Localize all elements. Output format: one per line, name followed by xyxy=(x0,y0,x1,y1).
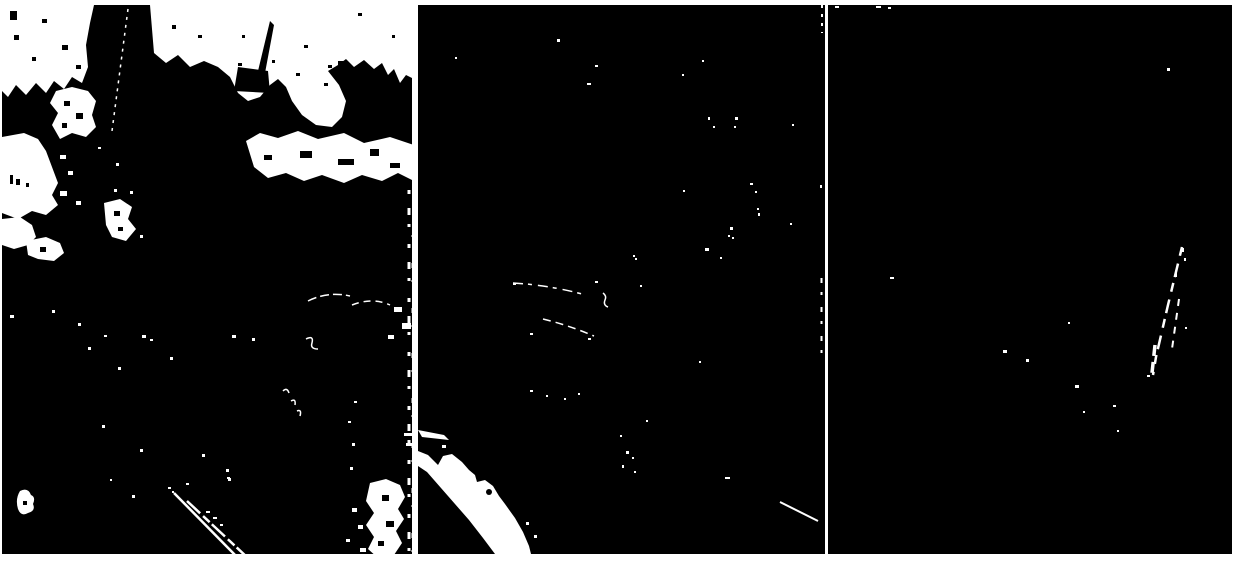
speck xyxy=(534,535,537,538)
speck xyxy=(634,471,636,473)
speck xyxy=(110,479,112,481)
speck xyxy=(633,255,635,257)
speck xyxy=(168,487,171,489)
speck xyxy=(564,398,566,400)
speck xyxy=(1167,68,1170,71)
speck xyxy=(514,543,517,545)
speck xyxy=(358,525,363,529)
speck xyxy=(52,310,55,313)
speck xyxy=(635,258,637,260)
speck xyxy=(578,393,580,395)
speck xyxy=(104,335,107,337)
speck xyxy=(683,190,685,192)
speck xyxy=(102,425,105,428)
speck xyxy=(455,57,457,59)
binary-panel-right-canvas xyxy=(828,5,1232,554)
speck xyxy=(713,126,715,128)
speck xyxy=(232,335,236,338)
speck xyxy=(118,367,121,370)
speck xyxy=(705,248,709,251)
speck xyxy=(890,277,894,279)
speck xyxy=(172,491,174,493)
panel-background xyxy=(418,5,825,554)
speck xyxy=(790,223,792,225)
panel-background xyxy=(828,5,1232,554)
speck xyxy=(876,6,881,8)
speck xyxy=(620,435,622,437)
speck xyxy=(202,454,205,457)
speck xyxy=(728,235,730,237)
speck xyxy=(352,508,357,512)
speck xyxy=(632,457,634,459)
speck xyxy=(360,548,366,552)
speck xyxy=(758,213,760,216)
speck xyxy=(116,163,119,166)
speck xyxy=(595,281,598,283)
speck xyxy=(626,451,629,454)
speck xyxy=(708,117,710,120)
speck xyxy=(835,6,839,8)
speck xyxy=(354,401,357,403)
speck xyxy=(699,361,701,363)
speck xyxy=(140,449,143,452)
speck xyxy=(755,191,757,193)
speck xyxy=(1181,248,1184,252)
speck xyxy=(888,7,891,9)
speck xyxy=(757,208,759,210)
speck xyxy=(735,117,738,120)
speck xyxy=(792,124,794,126)
speck xyxy=(1083,411,1085,413)
speck xyxy=(702,60,704,62)
speck xyxy=(750,183,753,185)
speck xyxy=(1184,258,1186,261)
binary-panel-right xyxy=(828,5,1232,554)
speck xyxy=(1068,322,1070,324)
speck xyxy=(587,83,591,85)
speck xyxy=(142,335,146,338)
speck xyxy=(595,65,598,67)
speck xyxy=(1003,350,1007,353)
speck xyxy=(170,357,173,360)
speck xyxy=(513,283,516,285)
binary-panel-left xyxy=(2,5,412,554)
speck xyxy=(530,390,533,392)
speck xyxy=(10,315,14,318)
speck xyxy=(206,511,210,513)
speck xyxy=(682,74,684,76)
speck xyxy=(76,201,81,205)
binary-panel-left-canvas xyxy=(2,5,412,554)
figure-three-binary-images xyxy=(0,0,1240,561)
speck xyxy=(150,339,153,341)
speck xyxy=(213,517,217,519)
speck xyxy=(132,495,135,498)
speck xyxy=(88,347,91,350)
band-knob-hole xyxy=(486,489,492,495)
speck xyxy=(78,323,81,326)
speck xyxy=(588,338,591,340)
speck xyxy=(622,465,624,468)
speck xyxy=(228,478,231,481)
speck xyxy=(130,191,133,194)
speck xyxy=(442,445,446,448)
speck xyxy=(114,189,117,192)
speck xyxy=(348,421,351,423)
speck xyxy=(732,237,734,239)
speck xyxy=(557,39,560,42)
speck xyxy=(1147,375,1150,377)
speck xyxy=(186,483,189,485)
speck xyxy=(546,395,548,397)
speck xyxy=(526,522,529,525)
speck xyxy=(350,467,353,470)
speck xyxy=(394,307,402,312)
speck xyxy=(640,285,642,287)
speck xyxy=(1075,385,1079,388)
speck xyxy=(730,227,733,230)
speck xyxy=(530,333,533,335)
speck xyxy=(140,235,143,238)
black-details xyxy=(486,489,492,495)
speck xyxy=(404,433,412,436)
binary-panel-middle-canvas xyxy=(418,5,825,554)
speck xyxy=(220,524,223,526)
speck xyxy=(406,443,412,446)
speck xyxy=(252,338,255,341)
speck xyxy=(352,443,355,446)
speck xyxy=(1175,273,1177,277)
speck xyxy=(734,126,736,128)
speck xyxy=(388,335,394,339)
speck xyxy=(1026,359,1029,362)
speck xyxy=(226,469,229,472)
speck xyxy=(68,171,73,175)
speck xyxy=(646,420,648,422)
speck xyxy=(1113,405,1116,407)
speck xyxy=(98,147,101,149)
speck xyxy=(346,539,350,542)
bottom-right-cluster xyxy=(366,479,405,554)
binary-panel-middle xyxy=(418,5,825,554)
speck xyxy=(1185,327,1187,329)
speck xyxy=(720,257,722,259)
speck xyxy=(60,155,66,159)
canopy-silhouette xyxy=(234,67,270,93)
speck xyxy=(402,323,411,329)
speck xyxy=(1117,430,1119,432)
speck xyxy=(60,191,67,196)
speck xyxy=(725,477,730,479)
speck xyxy=(820,185,822,188)
